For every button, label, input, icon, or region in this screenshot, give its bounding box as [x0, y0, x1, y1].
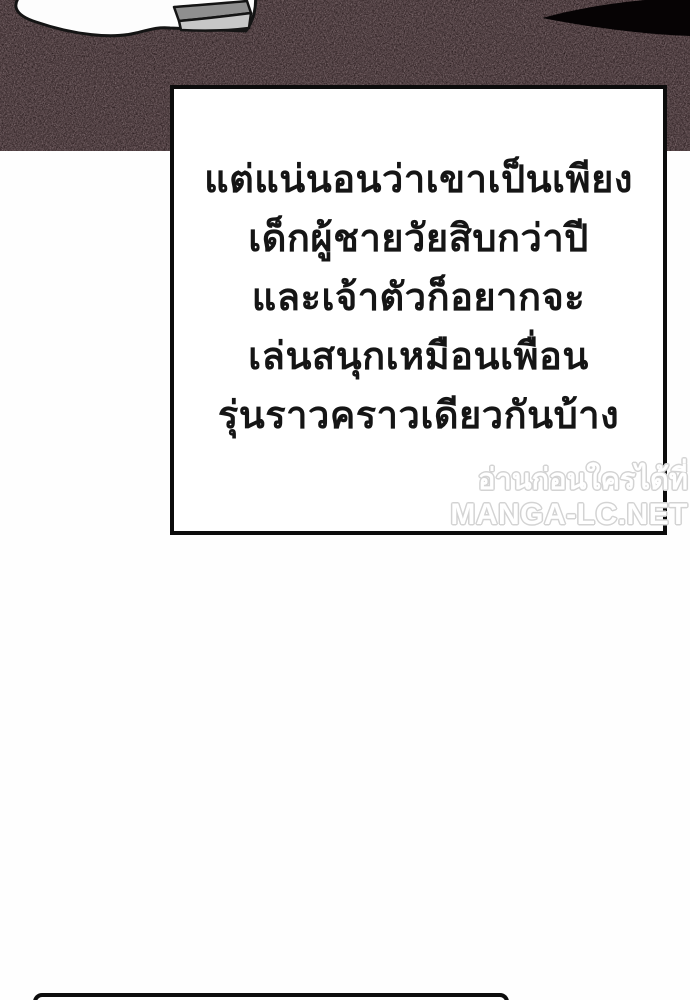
- narration-line-1: แต่แน่นอนว่าเขาเป็นเพียง: [174, 151, 663, 210]
- next-speech-box-partial: [33, 993, 509, 1000]
- narration-line-4: เล่นสนุกเหมือนเพื่อน: [174, 328, 663, 387]
- shadow-shape: [542, 0, 690, 36]
- manga-page: แต่แน่นอนว่าเขาเป็นเพียง เด็กผู้ชายวัยสิ…: [0, 0, 690, 1000]
- narration-line-3: และเจ้าตัวก็อยากจะ: [174, 269, 663, 328]
- narration-line-5: รุ่นราวคราวเดียวกันบ้าง: [174, 387, 663, 446]
- narration-line-2: เด็กผู้ชายวัยสิบกว่าปี: [174, 210, 663, 269]
- watermark-site-name: MANGA-LC.NET: [398, 497, 688, 533]
- watermark-thai-tagline: อ่านก่อนใครได้ที่: [398, 464, 688, 497]
- narration-text: แต่แน่นอนว่าเขาเป็นเพียง เด็กผู้ชายวัยสิ…: [174, 89, 663, 446]
- white-shoe-icon: [16, 0, 256, 36]
- site-watermark: อ่านก่อนใครได้ที่ MANGA-LC.NET: [398, 464, 690, 533]
